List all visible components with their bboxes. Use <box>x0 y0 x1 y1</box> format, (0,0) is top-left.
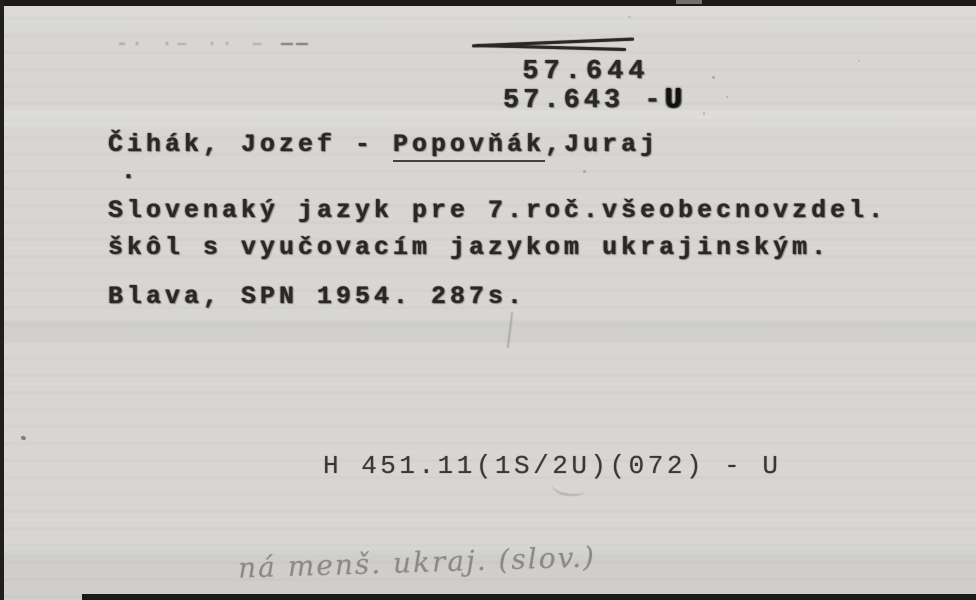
imprint-line: Blava, SPN 1954. 287s. <box>108 283 526 311</box>
scan-edge-top-gap <box>676 0 702 4</box>
handwritten-note: ná menš. ukraj. (slov.) <box>238 540 597 584</box>
classification-dash: - <box>644 86 664 116</box>
author-second-underlined: Popovňák <box>393 130 545 162</box>
paper-scratch <box>507 312 513 348</box>
scan-edge-top <box>0 0 976 6</box>
ink-speck <box>712 76 715 79</box>
title-line-2: škôl s vyučovacím jazykom ukrajinským. <box>108 234 830 262</box>
ink-speck <box>20 435 26 440</box>
ink-speck <box>583 170 586 173</box>
title-line-1: Slovenaký jazyk pre 7.roč.všeobecnovzdel… <box>108 197 887 225</box>
author-line: Čihák, Jozef - Popovňák,Juraj <box>108 131 659 159</box>
faded-marks-light: -· ·– ·· – <box>116 33 281 56</box>
call-number: H 451.11(1S/2U)(072) - U <box>323 452 781 481</box>
ink-speck <box>858 60 860 62</box>
stray-dot: . <box>121 158 140 186</box>
faded-pencil-marks: -· ·– ·· – —— <box>116 33 311 56</box>
scan-edge-left <box>0 0 4 600</box>
scan-edge-bottom <box>82 594 976 600</box>
author-first: Čihák, Jozef - <box>108 130 393 159</box>
ink-speck <box>703 112 705 115</box>
faded-marks-dark: —— <box>281 33 311 56</box>
classification-letter: U <box>665 83 686 116</box>
ink-speck <box>726 96 728 98</box>
ink-speck <box>628 16 631 18</box>
classification-line: 57.643 -U <box>503 84 686 117</box>
classification-number: 57.643 <box>503 86 644 116</box>
strikethrough-line-2 <box>476 44 626 51</box>
author-second-firstname: ,Juraj <box>545 130 659 159</box>
crossed-out-classification-text: 57.644 <box>522 57 649 87</box>
catalog-card-scan: { "document": { "crossed_out_number": "5… <box>0 0 976 600</box>
